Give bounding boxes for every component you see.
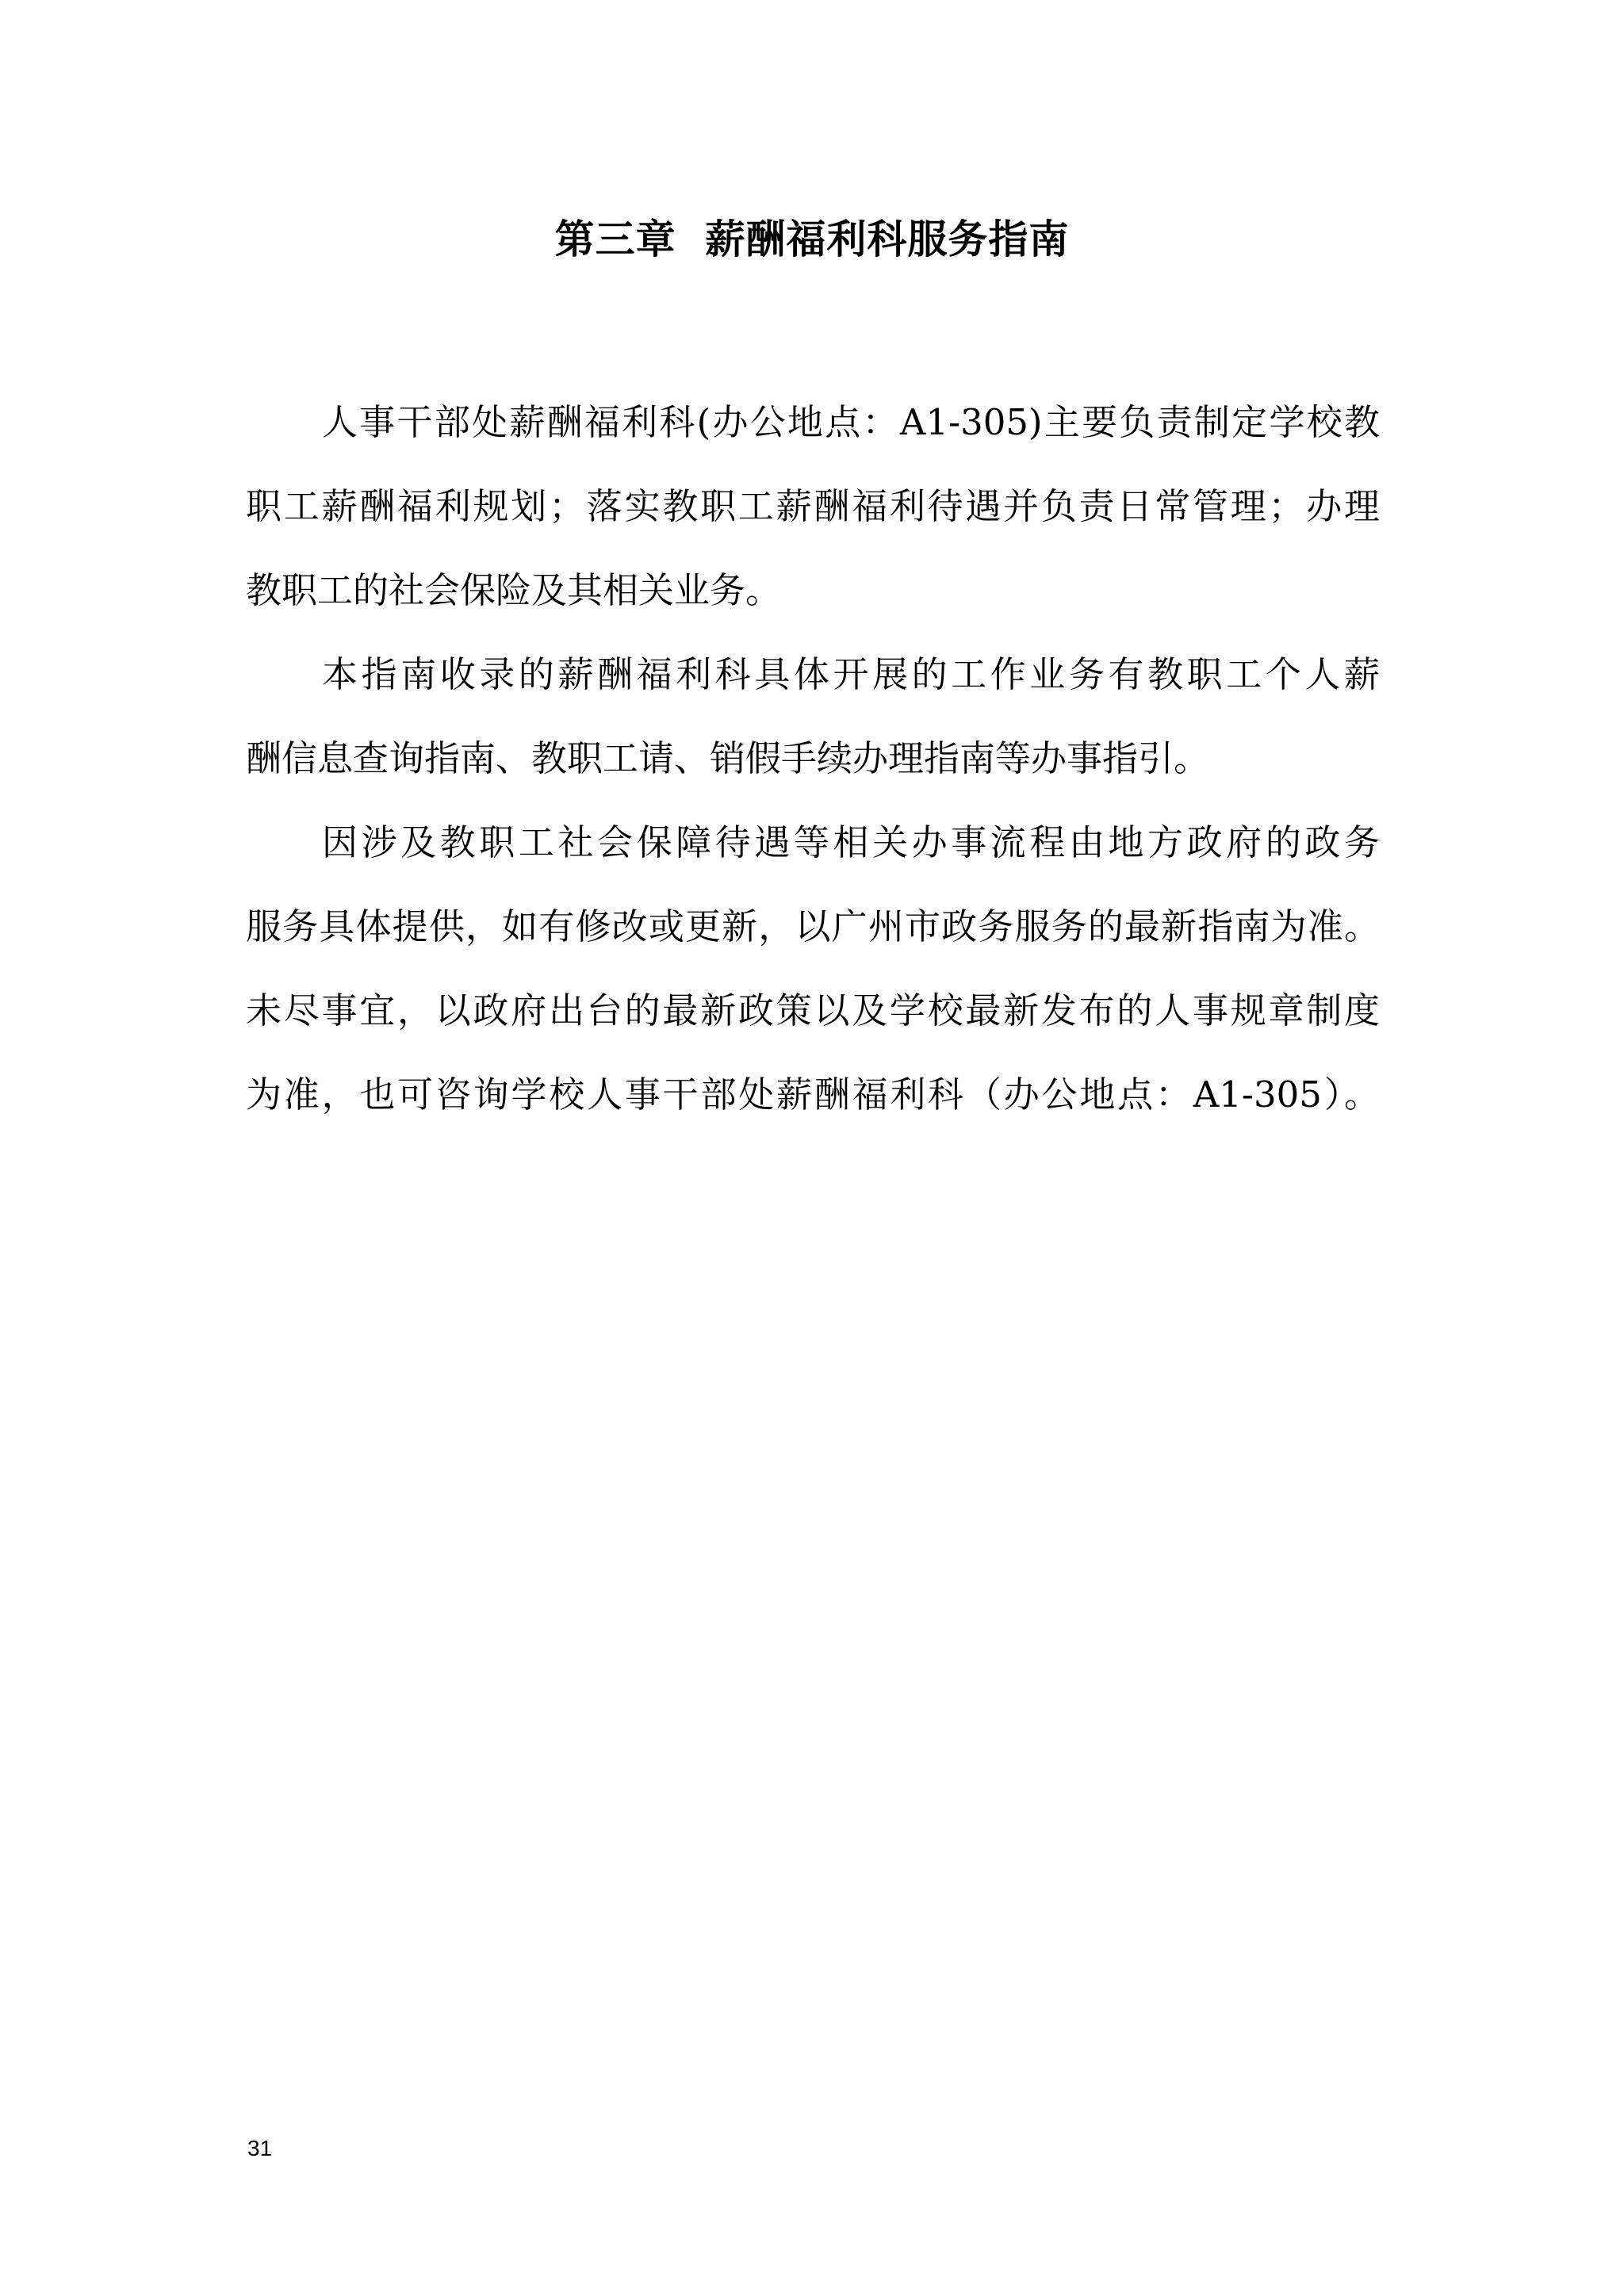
paragraph-responsibilities: 人事干部处薪酬福利科(办公地点：A1-305)主要负责制定学校教 职工薪酬福利规… — [246, 381, 1380, 633]
paragraph-line: 因涉及教职工社会保障待遇等相关办事流程由地方政府的政务 — [246, 801, 1380, 885]
paragraph-line: 职工薪酬福利规划；落实教职工薪酬福利待遇并负责日常管理；办理 — [246, 465, 1380, 549]
document-page: 第三章 薪酬福利科服务指南 人事干部处薪酬福利科(办公地点：A1-305)主要负… — [0, 0, 1624, 2296]
chapter-title: 第三章 薪酬福利科服务指南 — [0, 208, 1624, 271]
paragraph-line: 为准，也可咨询学校人事干部处薪酬福利科（办公地点：A1-305）。 — [246, 1053, 1380, 1137]
page-number: 31 — [247, 2134, 272, 2163]
paragraph-line: 酬信息查询指南、教职工请、销假手续办理指南等办事指引。 — [246, 717, 1380, 801]
paragraph-line: 教职工的社会保险及其相关业务。 — [246, 549, 1380, 633]
paragraph-line: 服务具体提供，如有修改或更新，以广州市政务服务的最新指南为准。 — [246, 885, 1380, 969]
body-text: 人事干部处薪酬福利科(办公地点：A1-305)主要负责制定学校教 职工薪酬福利规… — [246, 381, 1380, 1137]
paragraph-disclaimer: 因涉及教职工社会保障待遇等相关办事流程由地方政府的政务 服务具体提供，如有修改或… — [246, 801, 1380, 1137]
paragraph-line: 人事干部处薪酬福利科(办公地点：A1-305)主要负责制定学校教 — [246, 381, 1380, 465]
paragraph-line: 未尽事宜，以政府出台的最新政策以及学校最新发布的人事规章制度 — [246, 969, 1380, 1053]
paragraph-line: 本指南收录的薪酬福利科具体开展的工作业务有教职工个人薪 — [246, 633, 1380, 717]
paragraph-guide-contents: 本指南收录的薪酬福利科具体开展的工作业务有教职工个人薪 酬信息查询指南、教职工请… — [246, 633, 1380, 801]
